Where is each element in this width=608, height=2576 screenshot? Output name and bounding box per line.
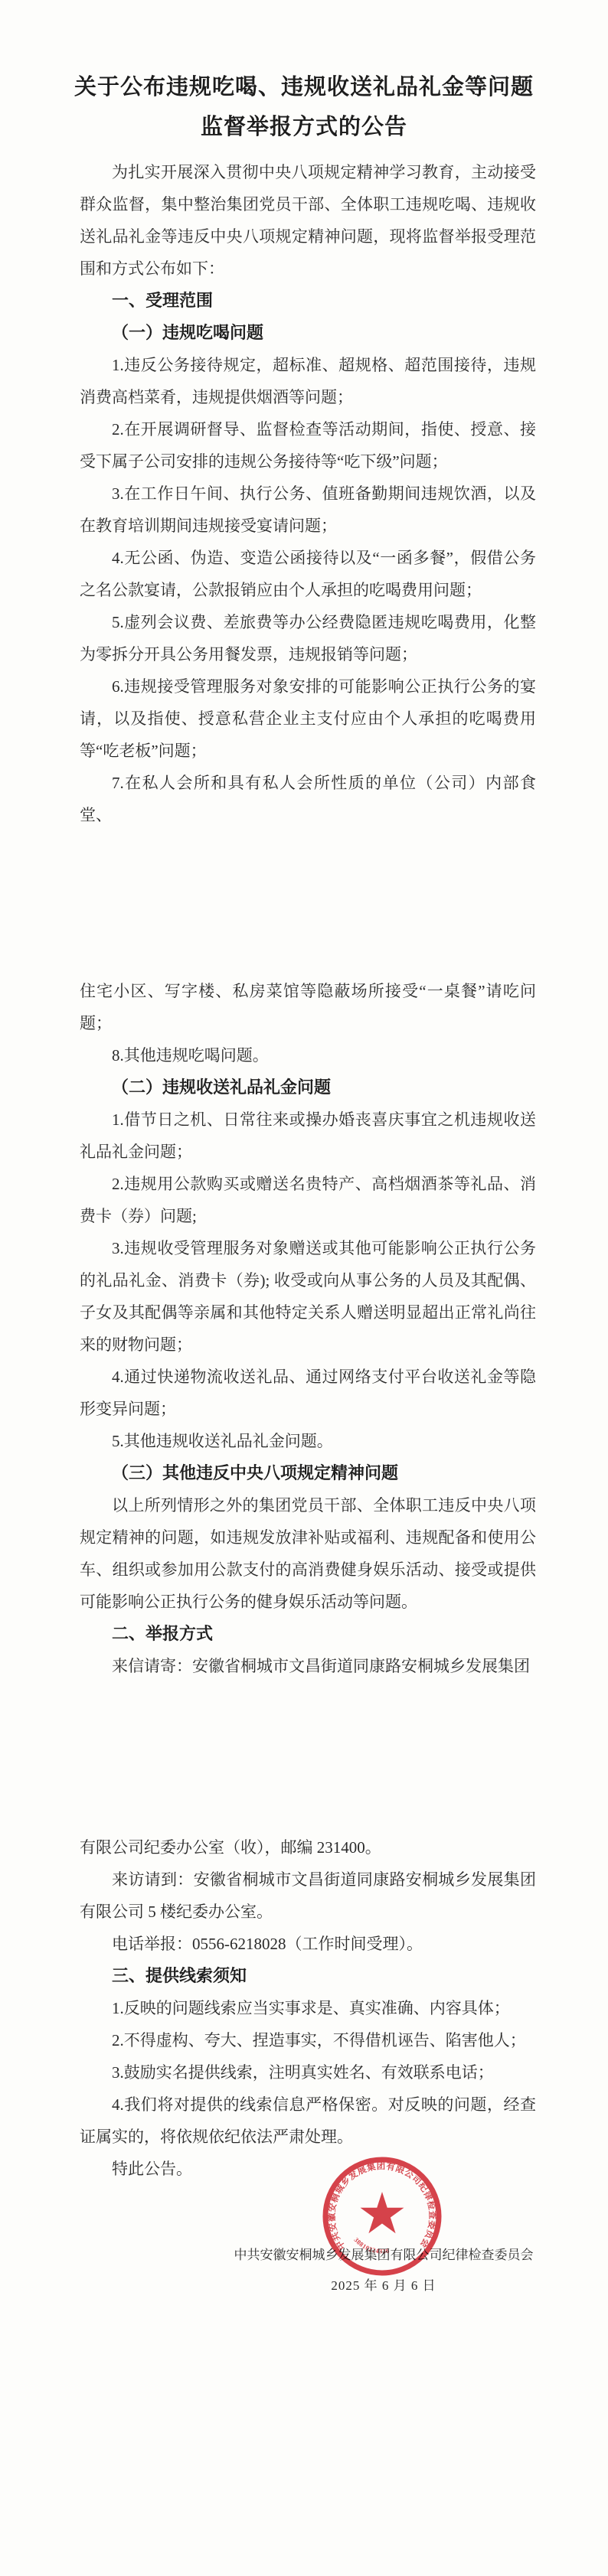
announcement-document: 关于公布违规吃喝、违规收送礼品礼金等问题 监督举报方式的公告 为扎实开展深入贯彻… bbox=[0, 0, 608, 2576]
paragraph: 8.其他违规吃喝问题。 bbox=[80, 1039, 536, 1071]
document-title: 关于公布违规吃喝、违规收送礼品礼金等问题 监督举报方式的公告 bbox=[0, 0, 608, 147]
paragraph: 以上所列情形之外的集团党员干部、全体职工违反中央八项规定精神的问题，如违规发放津… bbox=[80, 1489, 536, 1618]
paragraph: 3.鼓励实名提供线索，注明真实姓名、有效联系电话； bbox=[80, 2056, 536, 2089]
seal-star-icon bbox=[361, 2192, 404, 2233]
paragraph: 为扎实开展深入贯彻中央八项规定精神学习教育，主动接受群众监督，集中整治集团党员干… bbox=[80, 156, 536, 285]
paragraph: 4.我们将对提供的线索信息严格保密。对反映的问题，经查证属实的，将依规依纪依法严… bbox=[80, 2089, 536, 2153]
paragraph: 特此公告。 bbox=[80, 2153, 536, 2185]
section-heading: 一、受理范围 bbox=[80, 285, 536, 317]
paragraph: 7.在私人会所和具有私人会所性质的单位（公司）内部食堂、 bbox=[80, 767, 536, 831]
paragraph: 来访请到：安徽省桐城市文昌街道同康路安桐城乡发展集团有限公司 5 楼纪委办公室。 bbox=[80, 1864, 536, 1928]
section-heading: 二、举报方式 bbox=[80, 1618, 536, 1650]
paragraph: 6.违规接受管理服务对象安排的可能影响公正执行公务的宴请，以及指使、授意私营企业… bbox=[80, 670, 536, 767]
paragraph: 1.借节日之机、日常往来或操办婚丧喜庆事宜之机违规收送礼品礼金问题； bbox=[80, 1104, 536, 1168]
paragraph: 有限公司纪委办公室（收），邮编 231400。 bbox=[80, 1831, 536, 1864]
paragraph: 3.违规收受管理服务对象赠送或其他可能影响公正执行公务的礼品礼金、消费卡（券);… bbox=[80, 1232, 536, 1361]
page-break-gap bbox=[80, 1682, 536, 1831]
section-heading: （一）违规吃喝问题 bbox=[80, 317, 536, 349]
title-line-2: 监督举报方式的公告 bbox=[201, 115, 407, 139]
paragraph: 2.违规用公款购买或赠送名贵特产、高档烟酒茶等礼品、消费卡（券）问题; bbox=[80, 1168, 536, 1232]
paragraph: 5.其他违规收送礼品礼金问题。 bbox=[80, 1425, 536, 1457]
paragraph: 5.虚列会议费、差旅费等办公经费隐匿违规吃喝费用，化整为零拆分开具公务用餐发票，… bbox=[80, 606, 536, 670]
paragraph: 1.反映的问题线索应当实事求是、真实准确、内容具体； bbox=[80, 1992, 536, 2024]
section-heading: （三）其他违反中央八项规定精神问题 bbox=[80, 1457, 536, 1489]
paragraph: 3.在工作日午间、执行公务、值班备勤期间违规饮酒，以及在教育培训期间违规接受宴请… bbox=[80, 478, 536, 542]
paragraph: 4.通过快递物流收送礼品、通过网络支付平台收送礼金等隐形变异问题； bbox=[80, 1361, 536, 1425]
paragraph: 1.违反公务接待规定，超标准、超规格、超范围接待，违规消费高档菜肴，违规提供烟酒… bbox=[80, 349, 536, 413]
paragraph: 电话举报：0556-6218028（工作时间受理）。 bbox=[80, 1928, 536, 1960]
paragraph: 2.不得虚构、夸大、捏造事实，不得借机诬告、陷害他人； bbox=[80, 2024, 536, 2056]
section-heading: 三、提供线索须知 bbox=[80, 1960, 536, 1992]
paragraph: 来信请寄：安徽省桐城市文昌街道同康路安桐城乡发展集团 bbox=[80, 1650, 536, 1682]
title-line-1: 关于公布违规吃喝、违规收送礼品礼金等问题 bbox=[74, 75, 534, 99]
section-heading: （二）违规收送礼品礼金问题 bbox=[80, 1071, 536, 1104]
page-break-gap bbox=[80, 831, 536, 975]
paragraph: 2.在开展调研督导、监督检查等活动期间，指使、授意、接受下属子公司安排的违规公务… bbox=[80, 413, 536, 478]
paragraph: 4.无公函、伪造、变造公函接待以及“一函多餐”，假借公务之名公款宴请，公款报销应… bbox=[80, 542, 536, 606]
paragraph: 住宅小区、写字楼、私房菜馆等隐蔽场所接受“一桌餐”请吃问题； bbox=[80, 975, 536, 1039]
signature-date: 2025 年 6 月 6 日 bbox=[233, 2277, 534, 2295]
signature-committee: 中共安徽安桐城乡发展集团有限公司纪律检查委员会 bbox=[233, 2246, 534, 2265]
signature-block: 中共安徽安桐城乡发展集团有限公司纪律检查委员会 2025 年 6 月 6 日 bbox=[233, 2246, 534, 2295]
document-body: 为扎实开展深入贯彻中央八项规定精神学习教育，主动接受群众监督，集中整治集团党员干… bbox=[0, 156, 608, 2185]
